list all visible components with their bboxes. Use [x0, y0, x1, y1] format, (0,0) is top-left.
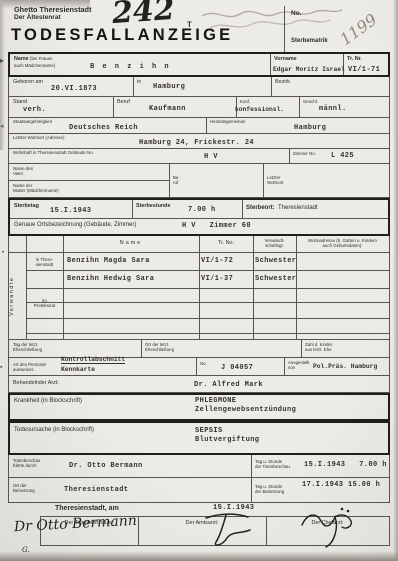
vorname-label: Vorname — [274, 56, 297, 62]
eltern-beruf-label: Be- ruf — [173, 175, 180, 186]
divider-line — [26, 270, 389, 271]
relative-tr-no: VI/1-37 — [201, 275, 233, 283]
mutter-label-l1: Name der — [13, 183, 32, 188]
vater-label-l2: Vater — [13, 171, 23, 176]
wohnort-label: Letzter Wohnort (Adresse) — [13, 135, 64, 140]
divider-line — [196, 358, 197, 375]
beruf-value: Kaufmann — [149, 105, 186, 113]
mutter-label-l2: Mutter (Mädchenname) — [13, 188, 59, 193]
bezirk-label: Bezirk — [275, 79, 290, 85]
scan-artifact: ▸ — [0, 56, 4, 65]
eltern-wohnort-l2: Wohnort — [267, 180, 284, 185]
divider-line — [284, 6, 285, 52]
divider-line — [132, 200, 133, 218]
arzt-value: Dr. Alfred Mark — [194, 381, 263, 389]
in-label: in — [137, 79, 141, 85]
scan-artifact: ▪ — [0, 364, 2, 371]
col-header-verwandtschaft: Verwandt- schaftsgr. — [253, 238, 296, 249]
geboren-value: 20.VI.1873 — [51, 85, 97, 93]
vater-label-l1: Name des — [13, 166, 33, 171]
group1-l2: sienstadt — [36, 262, 54, 267]
ortsbezeichnung-value: H V Zimmer 60 — [182, 222, 251, 230]
beisetzung-zeit-value: 17.I.1943 15.00 h — [302, 481, 380, 489]
krankheit-label: Krankheit (in Blockschrift) — [14, 398, 82, 405]
divider-line — [251, 478, 252, 502]
arzt-label: Behandelnder Arzt: — [13, 380, 59, 386]
krankheit-value-1: PHLEGMONE — [195, 397, 236, 405]
group2-l1: im — [42, 298, 47, 303]
row-personalausweis: Art des Personal- ausweises Kontrollabsc… — [8, 358, 390, 376]
ehe-kinder-l1: Zahl d. Kinder — [305, 342, 332, 347]
sterbematrik-label: Sterbematrik — [291, 38, 328, 45]
ehe-kinder-l2: aus letzt. Ehe — [305, 347, 332, 352]
geboren-label: Geboren am — [13, 79, 43, 85]
ausweis-typed-kennkarte: Kennkarte — [61, 366, 95, 373]
beisetzung-l2: Beisetzung — [13, 488, 35, 493]
col-header-wohnadresse: Wohnadresse (b. Gatten u. Kindern auch G… — [296, 238, 389, 249]
name-label-sub1: (bei Frauen — [30, 56, 52, 61]
ehe-tag-label: Tag der letzt. Eheschließung — [13, 342, 42, 353]
totenbeschau-value: Dr. Otto Bermann — [69, 462, 143, 470]
staat-value: Deutsches Reich — [69, 124, 138, 132]
scan-artifact: • — [2, 250, 4, 256]
ehe-ort-label: Ort der letzt. Eheschließung — [145, 342, 174, 353]
stand-value: verh. — [23, 106, 46, 114]
org-line2: Der Ältestenrat — [14, 14, 91, 22]
divider-line — [242, 200, 243, 218]
divider-line — [206, 118, 207, 133]
name-label-sub2: auch Mädchenname) — [14, 63, 55, 68]
geschlecht-label: Geschl. — [303, 99, 318, 104]
ehe-tag-l2: Eheschließung — [13, 347, 42, 352]
scanned-death-notice-form: ▸ ◂ • ▪ Ghetto Theresienstadt Der Ältest… — [0, 0, 398, 561]
divider-line — [133, 77, 134, 96]
col-header-name: Name — [63, 240, 199, 246]
eltern-beruf-l2: ruf — [173, 180, 178, 185]
ausgestellt-l1: Ausgestellt — [288, 360, 309, 365]
heimat-label: Heimatsgemeinde — [210, 119, 245, 124]
row-stand: Stand verh. Beruf Kaufmann Konf. konfess… — [8, 97, 390, 118]
wohnadresse-l2: auch Geburtsdaten): — [322, 243, 362, 248]
ausweis-no-value: J 04057 — [221, 364, 253, 372]
form-title: TODESFALLANZEIGE — [11, 26, 233, 45]
totenbeschau-l1: Totenbeschau — [13, 458, 40, 463]
wohnhaft-value: H V — [204, 153, 218, 161]
row-behandelnder-arzt: Behandelnder Arzt: Dr. Alfred Mark — [8, 376, 390, 393]
group-im-protektorat: im Protektorat — [27, 298, 62, 309]
ehe-tag-l1: Tag der letzt. — [13, 342, 38, 347]
org-line1: Ghetto Theresienstadt — [14, 5, 91, 14]
scan-shadow-right — [393, 0, 398, 561]
verwandtschaft-l2: schaftsgr. — [265, 243, 284, 248]
relative-name: Benzihn Hedwig Sara — [67, 275, 154, 283]
row-staatsangehoerigkeit: Staatsangehörigkeit Deutsches Reich Heim… — [8, 118, 390, 134]
beisetzung-zeit-l2: der Beisetzung — [255, 489, 284, 494]
sterbestunde-label: Sterbestunde — [136, 203, 170, 209]
vorname-value: Edgar Moritz Israel — [273, 66, 345, 73]
zimmer-label: Zimmer No. — [293, 151, 316, 156]
ausweis-no-label: No. — [200, 361, 207, 366]
row-name: Name (bei Frauen auch Mädchenname) B e n… — [8, 52, 390, 77]
verwandtschaft-l1: Verwandt- — [265, 238, 285, 243]
amtsarzt-signature — [196, 510, 260, 548]
divider-line — [299, 97, 300, 117]
staat-label: Staatsangehörigkeit — [13, 119, 52, 124]
tr-nr-label: Tr. Nr. — [347, 56, 362, 62]
todesursache-label: Todesursache (in Blockschrift) — [14, 427, 94, 434]
divider-line — [26, 288, 389, 289]
wohnhaft-label: Wohnhaft in Theresienstadt Gebäude No. — [13, 150, 94, 155]
beruf-label: Beruf — [117, 99, 130, 105]
beisetzung-zeit-label: Tag u. Stunde der Beisetzung — [255, 484, 284, 495]
row-beisetzung: Ort der Beisetzung Theresienstadt Tag u.… — [8, 478, 390, 503]
name-label-main: Name — [14, 56, 29, 62]
divider-line — [284, 358, 285, 375]
beschau-zeit-l2: der Totenbeschau — [255, 464, 290, 469]
verwandte-side-label: Verwandte — [9, 256, 21, 336]
heimat-value: Hamburg — [294, 124, 326, 132]
divider-line — [26, 318, 389, 319]
issuing-org: Ghetto Theresienstadt Der Ältestenrat — [14, 5, 91, 22]
divider-line — [26, 333, 389, 334]
verwandte-table: Name Tr. No. Verwandt- schaftsgr. Wohnad… — [8, 236, 390, 340]
wohnadresse-l1: Wohnadresse (b. Gatten u. Kindern — [308, 238, 377, 243]
beisetzung-label: Ort der Beisetzung — [13, 483, 35, 494]
sterbeort-value: Theresienstadt — [278, 205, 318, 212]
totenbeschau-label: Totenbeschau führte durch — [13, 458, 40, 469]
row-geboren: Geboren am 20.VI.1873 in Hamburg Bezirk — [8, 77, 390, 97]
beisetzung-value: Theresienstadt — [64, 486, 128, 494]
corner-mark: G. — [22, 546, 30, 554]
divider-line — [301, 340, 302, 357]
box-sterbedaten: Sterbetag 15.I.1943 Sterbestunde 7.00 h … — [8, 198, 390, 236]
beisetzung-l1: Ort der — [13, 483, 27, 488]
sterbetag-label: Sterbetag — [14, 203, 39, 209]
ausgestellt-value: Pol.Präs. Hamburg — [313, 363, 377, 370]
divider-line — [9, 180, 169, 181]
ausgestellt-label: Ausgestellt von — [288, 360, 309, 371]
divider-line — [263, 164, 264, 197]
row-letzter-wohnort: Letzter Wohnort (Adresse) Hamburg 24, Fr… — [8, 134, 390, 149]
totenbeschau-l2: führte durch — [13, 463, 36, 468]
divider-line — [271, 77, 272, 96]
relative-relation: Schwester — [255, 275, 296, 283]
relative-name: Benzihn Magda Sara — [67, 257, 150, 265]
eltern-wohnort-label: Letzter Wohnort — [267, 175, 284, 186]
scan-shadow-bottom — [0, 551, 398, 561]
tr-nr-value: VI/1-71 — [348, 66, 380, 74]
col-header-tr-no: Tr. No. — [199, 240, 253, 246]
relative-tr-no: VI/1-72 — [201, 257, 233, 265]
divider-line — [10, 218, 388, 219]
group-in-theresienstadt: in There- sienstadt — [27, 257, 62, 268]
beschau-zeit-l1: Tag u. Stunde — [255, 459, 282, 464]
divider-line — [169, 164, 170, 197]
ehe-ort-l1: Ort der letzt. — [145, 342, 169, 347]
group1-l1: in There- — [36, 257, 54, 262]
konfession-value: konfessionsl. — [235, 106, 284, 113]
sterbetag-value: 15.I.1943 — [50, 207, 91, 215]
box-todesursache: Todesursache (in Blockschrift) SEPSIS Bl… — [8, 421, 390, 455]
row-wohnhaft: Wohnhaft in Theresienstadt Gebäude No. H… — [8, 149, 390, 164]
eltern-wohnort-l1: Letzter — [267, 175, 280, 180]
beisetzung-zeit-l1: Tag u. Stunde — [255, 484, 282, 489]
scan-artifact: ◂ — [0, 122, 4, 130]
divider-line — [26, 302, 389, 303]
geburtsort-value: Hamburg — [153, 83, 185, 91]
todesursache-value-1: SEPSIS — [195, 427, 223, 435]
ehe-ort-l2: Eheschließung — [145, 347, 174, 352]
ehe-kinder-label: Zahl d. Kinder aus letzt. Ehe — [305, 342, 332, 353]
no-label: No. — [291, 10, 301, 18]
name-value: B e n z i h n — [90, 63, 171, 71]
todesursache-value-2: Blutvergiftung — [195, 436, 259, 444]
chefarzt-signature — [296, 503, 362, 551]
geschlecht-value: männl. — [319, 105, 347, 113]
divider-line — [113, 97, 114, 117]
zimmer-value: L 425 — [331, 152, 354, 160]
divider-line — [289, 149, 290, 163]
group2-l2: Protektorat — [34, 303, 55, 308]
ortsbezeichnung-label: Genaue Ortsbezeichnung (Gebäude, Zimmer) — [14, 222, 136, 229]
ausweis-typed-kontrollabschnitt: Kontrollabschnitt — [61, 356, 125, 364]
divider-line — [270, 54, 271, 75]
krankheit-value-2: Zellengewebsentzündung — [195, 406, 296, 414]
box-krankheit: Krankheit (in Blockschrift) PHLEGMONE Ze… — [8, 393, 390, 421]
sterbeort-label: Sterbeort: — [246, 205, 275, 212]
mutter-label: Name der Mutter (Mädchenname) — [13, 183, 59, 194]
sterbestunde-value: 7.00 h — [188, 206, 216, 214]
wohnort-value: Hamburg 24, Frickestr. 24 — [139, 139, 254, 147]
footer-place-label: Theresienstadt, am — [55, 505, 119, 513]
totenbeschau-zeit-value: 15.I.1943 7.00 h — [304, 461, 387, 469]
stand-label: Stand — [13, 99, 27, 105]
vater-label: Name des Vater — [13, 166, 33, 177]
divider-line — [141, 340, 142, 357]
divider-line — [251, 455, 252, 477]
relative-relation: Schwester — [255, 257, 296, 265]
ausweis-l2: ausweises — [13, 367, 34, 372]
konfession-label: Konf. — [240, 99, 250, 104]
row-totenbeschau: Totenbeschau führte durch Dr. Otto Berma… — [8, 455, 390, 478]
row-eltern: Name des Vater Name der Mutter (Mädchenn… — [8, 164, 390, 198]
ausweis-l1: Art des Personal- — [13, 362, 47, 367]
divider-line — [9, 252, 389, 253]
totenbeschau-zeit-label: Tag u. Stunde der Totenbeschau — [255, 459, 290, 470]
name-label: Name (bei Frauen auch Mädchenname) — [14, 56, 55, 70]
eltern-beruf-l1: Be- — [173, 175, 180, 180]
ausgestellt-l2: von — [288, 365, 295, 370]
ausweis-label: Art des Personal- ausweises — [13, 362, 47, 373]
